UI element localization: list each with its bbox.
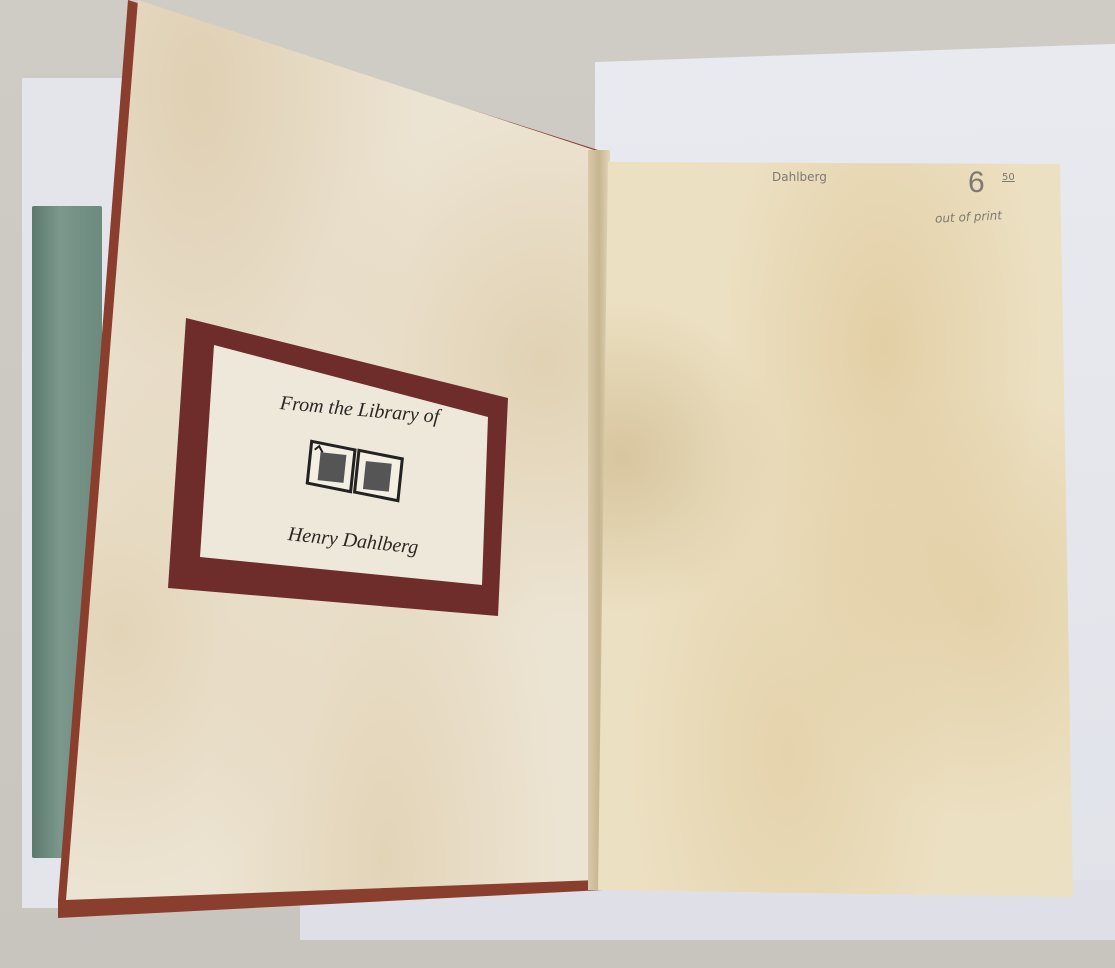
pencil-price-cents: 50 <box>1002 172 1015 183</box>
flyleaf-page <box>598 162 1073 900</box>
pencil-price: 6 <box>968 166 985 200</box>
open-book-icon <box>302 435 408 503</box>
pencil-name-note: Dahlberg <box>772 170 827 184</box>
photo-scene: From the Library of Henry Dahlberg Dahlb… <box>0 0 1115 968</box>
